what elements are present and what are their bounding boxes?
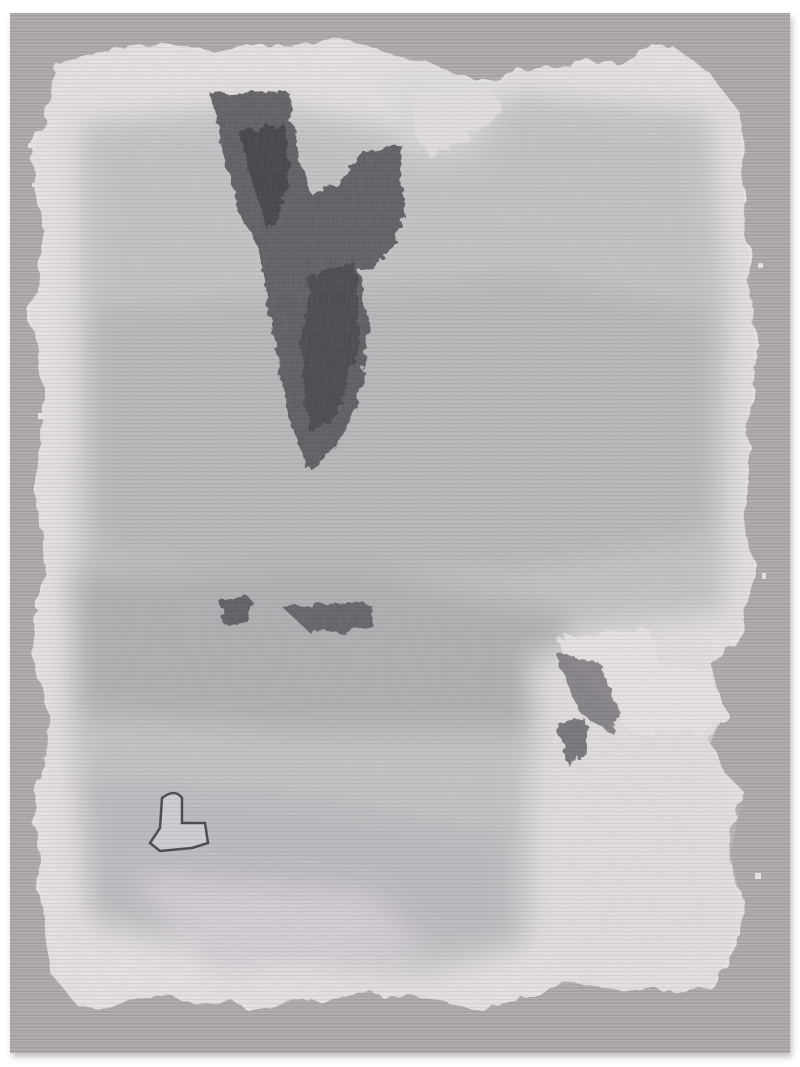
rug-photo	[0, 0, 800, 1067]
rug-pattern	[10, 13, 790, 1053]
rug	[10, 13, 790, 1053]
